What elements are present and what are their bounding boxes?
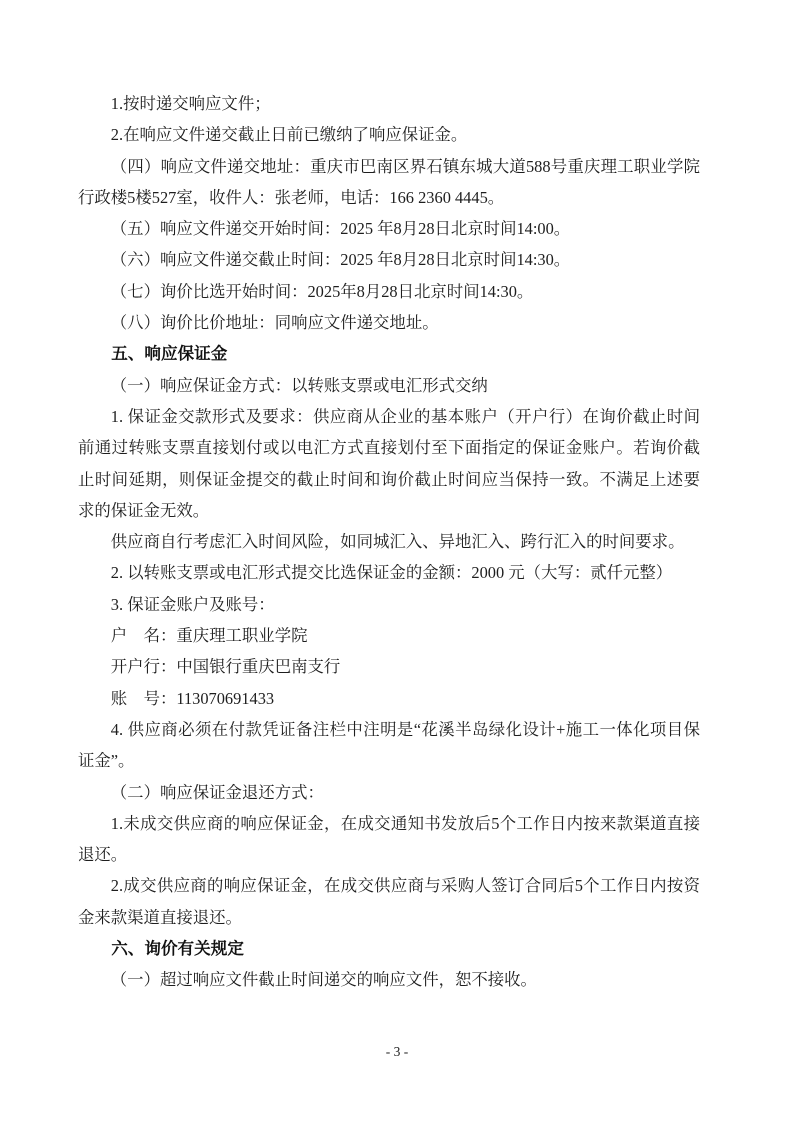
item-1-deposit-payment-rules: 1. 保证金交款形式及要求：供应商从企业的基本账户（开户行）在询价截止时间前通过…: [78, 401, 700, 526]
item-1-deposit-method: （一）响应保证金方式：以转账支票或电汇形式交纳: [78, 370, 700, 401]
item-5-submission-start-time: （五）响应文件递交开始时间：2025 年8月28日北京时间14:00。: [78, 213, 700, 244]
heading-section-5-deposit: 五、响应保证金: [78, 338, 700, 369]
heading-section-6-inquiry-rules: 六、询价有关规定: [78, 933, 700, 964]
item-deposit-paid: 2.在响应文件递交截止日前已缴纳了响应保证金。: [78, 119, 700, 150]
document-page: 1.按时递交响应文件； 2.在响应文件递交截止日前已缴纳了响应保证金。 （四）响…: [0, 0, 794, 1122]
item-3-deposit-account-title: 3. 保证金账户及账号：: [78, 589, 700, 620]
line-account-name: 户 名：重庆理工职业学院: [78, 620, 700, 651]
item-2-deposit-refund-title: （二）响应保证金退还方式：: [78, 777, 700, 808]
line-bank-name: 开户行：中国银行重庆巴南支行: [78, 651, 700, 682]
item-1-late-submission-rejected: （一）超过响应文件截止时间递交的响应文件，恕不接收。: [78, 964, 700, 995]
item-6-submission-deadline: （六）响应文件递交截止时间：2025 年8月28日北京时间14:30。: [78, 244, 700, 275]
para-refund-successful-bidder: 2.成交供应商的响应保证金，在成交供应商与采购人签订合同后5个工作日内按资金来款…: [78, 870, 700, 933]
item-2-deposit-amount: 2. 以转账支票或电汇形式提交比选保证金的金额：2000 元（大写：贰仟元整）: [78, 557, 700, 588]
item-8-inquiry-address: （八）询价比价地址：同响应文件递交地址。: [78, 307, 700, 338]
item-7-inquiry-start-time: （七）询价比选开始时间：2025年8月28日北京时间14:30。: [78, 276, 700, 307]
item-4-payment-memo: 4. 供应商必须在付款凭证备注栏中注明是“花溪半岛绿化设计+施工一体化项目保证金…: [78, 714, 700, 777]
para-remittance-time-risk: 供应商自行考虑汇入时间风险，如同城汇入、异地汇入、跨行汇入的时间要求。: [78, 526, 700, 557]
page-number: - 3 -: [0, 1045, 794, 1059]
item-4-submission-address: （四）响应文件递交地址：重庆市巴南区界石镇东城大道588号重庆理工职业学院行政楼…: [78, 151, 700, 214]
para-refund-unsuccessful-bidder: 1.未成交供应商的响应保证金，在成交通知书发放后5个工作日内按来款渠道直接退还。: [78, 808, 700, 871]
item-submit-on-time: 1.按时递交响应文件；: [78, 88, 700, 119]
line-account-number: 账 号：113070691433: [78, 683, 700, 714]
